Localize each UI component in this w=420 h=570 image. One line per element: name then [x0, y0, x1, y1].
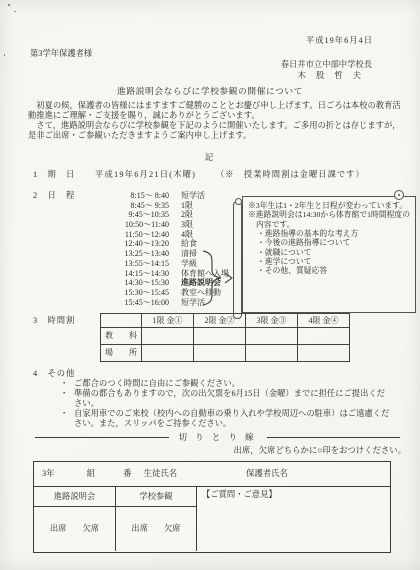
schedule-row: 8:15～ 8:40短学活 — [95, 191, 229, 201]
timetable-row-label: 教 科 — [101, 328, 142, 345]
cut-line-rule — [35, 437, 169, 438]
schedule-time: 9:45～10:35 — [95, 210, 169, 220]
scanned-letter-page: 平成19年6月4日 第3学年保護者様 春日井市立中部中学校長 木 股 哲 夫 進… — [0, 0, 420, 570]
school-visit-column: 学校参観 出席 欠席 — [116, 487, 197, 551]
school-visit-choices: 出席 欠席 — [116, 507, 196, 551]
reply-slip-name-row: 3年 組 番 生徒氏名 保護者氏名 — [34, 462, 390, 487]
timetable-empty-cell — [298, 328, 350, 345]
callout-line: ※進路説明会は14:30から体育館で1時間程度の内容です。 — [248, 210, 411, 229]
schedule-time: 14:15～14:30 — [95, 269, 169, 279]
timetable-place-row: 場 所 — [101, 345, 350, 362]
bullet-item: ・ご都合のつく時間に自由にご参観ください。 — [60, 379, 398, 389]
cut-line: 切 り と り 線 — [35, 432, 400, 442]
guardian-name-label: 保護者氏名 — [246, 462, 288, 486]
callout-line: ・今後の進路指導について — [248, 238, 411, 247]
timetable-empty-cell — [298, 345, 350, 362]
section-others-heading: 4 その他 — [33, 369, 75, 379]
scroll-shape-roll — [233, 201, 242, 319]
schedule-label: 給食 — [181, 239, 197, 249]
timetable: 1限 金① 2限 金② 3限 金③ 4限 金④ 教 科 場 所 — [100, 313, 350, 362]
timetable-row-label: 場 所 — [101, 345, 142, 362]
schedule-label: 4限 — [181, 230, 193, 240]
timetable-empty-cell — [194, 345, 246, 362]
attend-option: 出席 — [50, 524, 67, 534]
cut-line-rule — [267, 437, 401, 438]
number-label: 番 — [123, 469, 131, 478]
others-bullet-list: ・ご都合のつく時間に自由にご参観ください。 ・準備の都合もありますので，次の出欠… — [60, 379, 398, 429]
schedule-time: 12:40～13:20 — [95, 239, 169, 249]
schedule-label: 3限 — [181, 220, 193, 230]
schedule-time: 14:30～15:30 — [95, 278, 169, 288]
greeting-paragraph-1: 初夏の候，保護者の皆様にはますますご健勝のこととお慶び申し上げます。日ごろは本校… — [28, 101, 406, 121]
brace-connector — [200, 250, 236, 306]
greeting-paragraphs: 初夏の候，保護者の皆様にはますますご健勝のこととお慶び申し上げます。日ごろは本校… — [28, 101, 406, 141]
event-date-value: 平成19年6月21日(木曜) — [95, 170, 196, 180]
schedule-time: 15:45～16:00 — [95, 298, 169, 308]
schedule-time: 15:30～15:45 — [95, 288, 169, 298]
schedule-row: 9:45～10:352限 — [95, 210, 229, 220]
timetable-corner-cell — [101, 314, 142, 328]
document-date: 平成19年6月4日 — [306, 36, 373, 46]
callout-line: ・進路指導の基本的な考え方 — [248, 229, 411, 238]
timetable-empty-cell — [194, 328, 246, 345]
timetable-header-row: 1限 金① 2限 金② 3限 金③ 4限 金④ — [101, 314, 350, 328]
section-schedule-heading: 2 日 程 — [33, 191, 75, 201]
schedule-time: 11:50～12:40 — [95, 230, 169, 240]
schedule-row: 11:50～12:404限 — [95, 230, 229, 240]
schedule-label: 1限 — [181, 201, 193, 211]
bullet-item: ・自家用車でのご来校（校内への自動車の乗り入れや学校周辺への駐車）はご遠慮くださ… — [60, 409, 398, 429]
circle-instruction: 出席，欠席どちらかに○印をおつけください。 — [234, 446, 406, 456]
event-date-note: （※ 授業時間割は金曜日課です） — [216, 170, 365, 180]
timetable-empty-cell — [246, 328, 298, 345]
sender-name: 木 股 哲 夫 — [298, 71, 365, 81]
callout-line: ・その他、質疑応答 — [248, 266, 411, 275]
document-title: 進路説明会ならびに学校参観の開催について — [0, 86, 420, 96]
student-name-label: 生徒氏名 — [144, 469, 178, 478]
recipient-line: 第3学年保護者様 — [30, 49, 92, 59]
bullet-text: 自家用車でのご来校（校内への自動車の乗り入れや学校周辺への駐車）はご遠慮ください… — [74, 409, 392, 429]
bullet-marker: ・ — [60, 389, 74, 399]
timetable-empty-cell — [246, 345, 298, 362]
questions-area: 【ご質問・ご意見】 — [197, 487, 390, 551]
school-visit-header: 学校参観 — [116, 487, 196, 507]
timetable-header-cell: 3限 金③ — [246, 314, 298, 328]
schedule-time: 13:55～14:15 — [95, 259, 169, 269]
attend-option: 出席 — [131, 524, 148, 534]
callout-line: ・就職について — [248, 248, 411, 257]
career-meeting-column: 進路説明会 出席 欠席 — [34, 487, 116, 551]
career-meeting-choices: 出席 欠席 — [34, 507, 115, 551]
ki-marker: 記 — [0, 153, 420, 163]
section-timetable-heading: 3 時間割 — [33, 316, 75, 326]
absent-option: 欠席 — [164, 524, 181, 534]
greeting-paragraph-2: さて，進路説明会ならびに学校参観を下記のように開催いたします。ご多用の折とは存じ… — [28, 121, 406, 141]
bullet-item: ・準備の都合もありますので，次の出欠票を6月15日（金曜）までに担任にご提出くだ… — [60, 389, 398, 409]
cut-line-label: 切 り と り 線 — [169, 432, 267, 442]
schedule-row: 8:45～ 9:351限 — [95, 201, 229, 211]
bullet-marker: ・ — [60, 379, 74, 389]
reply-slip-body: 進路説明会 出席 欠席 学校参観 出席 欠席 【ご質問・ご意見】 — [34, 487, 390, 551]
schedule-time: 10:50～11:40 — [95, 220, 169, 230]
bullet-text: 準備の都合もありますので，次の出欠票を6月15日（金曜）までに担任にご提出くださ… — [74, 389, 392, 409]
timetable-header-cell: 4限 金④ — [298, 314, 350, 328]
section-date-heading: 1 期 日 — [33, 170, 75, 179]
questions-label: 【ご質問・ご意見】 — [202, 490, 277, 499]
bullet-marker: ・ — [60, 409, 74, 419]
grade-label: 3年 — [42, 469, 55, 478]
timetable-header-cell: 2限 金② — [194, 314, 246, 328]
class-label: 組 — [87, 469, 95, 478]
sender-title: 春日井市立中部中学校長 — [281, 60, 372, 70]
section-date: 1 期 日 平成19年6月21日(木曜) （※ 授業時間割は金曜日課です） — [33, 170, 75, 180]
schedule-row: 12:40～13:20給食 — [95, 239, 229, 249]
scan-noise — [8, 4, 10, 6]
timetable-subject-row: 教 科 — [101, 328, 350, 345]
career-meeting-header: 進路説明会 — [34, 487, 115, 507]
timetable-empty-cell — [142, 345, 194, 362]
schedule-row: 10:50～11:403限 — [95, 220, 229, 230]
schedule-time: 13:25～13:40 — [95, 249, 169, 259]
timetable-empty-cell — [142, 328, 194, 345]
callout-line: ・進学について — [248, 257, 411, 266]
schedule-time: 8:45～ 9:35 — [95, 201, 169, 211]
schedule-label: 清掃 — [181, 249, 197, 259]
scroll-shape-curl — [394, 190, 404, 200]
schedule-label: 学級 — [181, 259, 197, 269]
scan-noise — [4, 54, 5, 56]
notice-callout-box: ※3年生は1・2年生と日程が変わっています。 ※進路説明会は14:30から体育館… — [242, 196, 416, 313]
absent-option: 欠席 — [83, 524, 100, 534]
scan-noise — [14, 11, 16, 12]
bullet-text: ご都合のつく時間に自由にご参観ください。 — [74, 379, 392, 389]
schedule-time: 8:15～ 8:40 — [95, 191, 169, 201]
reply-slip: 3年 組 番 生徒氏名 保護者氏名 進路説明会 出席 欠席 学校参観 出席 欠席 — [33, 461, 391, 553]
schedule-label: 短学活 — [181, 191, 205, 201]
timetable-header-cell: 1限 金① — [142, 314, 194, 328]
schedule-label: 2限 — [181, 210, 193, 220]
callout-line: ※3年生は1・2年生と日程が変わっています。 — [248, 201, 411, 210]
